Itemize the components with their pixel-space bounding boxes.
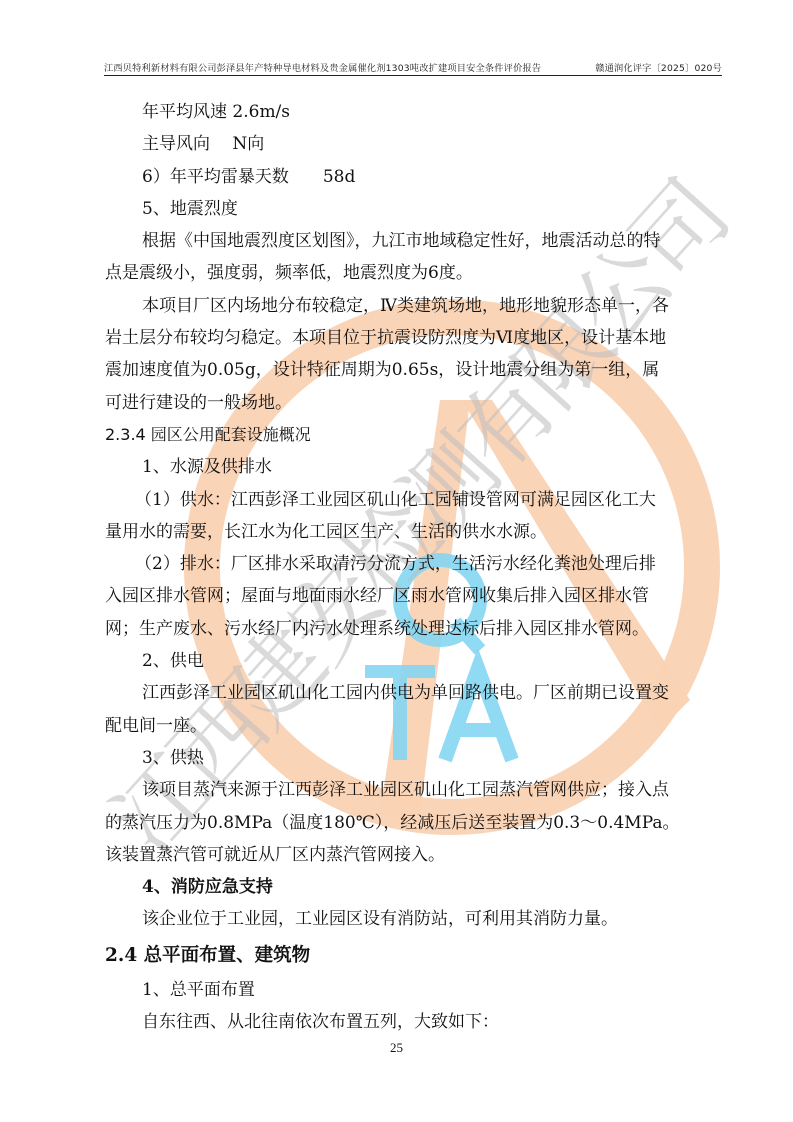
document-page: 江西贝特利新材料有限公司彭泽县年产特种导电材料及贵金属催化剂1303吨改扩建项目…: [0, 0, 793, 1122]
text-line: 1、水源及供排水: [105, 451, 725, 483]
text-line: 本项目厂区内场地分布较稳定，Ⅳ类建筑场地，地形地貌形态单一，各: [105, 290, 725, 322]
text-line: 5、地震烈度: [105, 193, 725, 225]
text-line: 根据《中国地震烈度区划图》，九江市地域稳定性好，地震活动总的特: [105, 225, 725, 257]
text-line: 3、供热: [105, 742, 725, 774]
header-doc-number: 赣通润化评字〔2025〕020号: [595, 60, 722, 74]
text-line: 可进行建设的一般场地。: [105, 387, 725, 419]
page-header: 江西贝特利新材料有限公司彭泽县年产特种导电材料及贵金属催化剂1303吨改扩建项目…: [104, 58, 722, 74]
subheading-fire-support: 4、消防应急支持: [105, 871, 725, 903]
text-line: 该企业位于工业园，工业园区设有消防站，可利用其消防力量。: [105, 903, 725, 935]
text-line: （1）供水：江西彭泽工业园区矶山化工园铺设管网可满足园区化工大: [105, 484, 725, 516]
text-line: 年平均风速 2.6m/s: [105, 96, 725, 128]
section-heading-2-4: 2.4 总平面布置、建筑物: [105, 936, 725, 974]
page-number: 25: [0, 1040, 793, 1056]
text-line: 6）年平均雷暴天数 58d: [105, 161, 725, 193]
text-line: 自东往西、从北往南依次布置五列，大致如下：: [105, 1006, 725, 1038]
text-line: 2、供电: [105, 645, 725, 677]
text-line: 1、总平面布置: [105, 974, 725, 1006]
text-line: 震加速度值为0.05g，设计特征周期为0.65s，设计地震分组为第一组，属: [105, 354, 725, 386]
text-line: （2）排水：厂区排水采取清污分流方式，生活污水经化粪池处理后排: [105, 548, 725, 580]
text-line: 岩土层分布较均匀稳定。本项目位于抗震设防烈度为Ⅵ度地区，设计基本地: [105, 322, 725, 354]
section-heading-2-3-4: 2.3.4 园区公用配套设施概况: [105, 419, 725, 451]
text-line: 主导风向 N向: [105, 128, 725, 160]
text-line: 入园区排水管网；屋面与地面雨水经厂区雨水管网收集后排入园区排水管: [105, 580, 725, 612]
text-line: 的蒸汽压力为0.8MPa（温度180℃），经减压后送至装置为0.3～0.4MPa…: [105, 807, 725, 839]
header-rule: [104, 75, 722, 76]
text-line: 量用水的需要，长江水为化工园区生产、生活的供水水源。: [105, 516, 725, 548]
header-title: 江西贝特利新材料有限公司彭泽县年产特种导电材料及贵金属催化剂1303吨改扩建项目…: [104, 60, 541, 74]
text-line: 该装置蒸汽管可就近从厂区内蒸汽管网接入。: [105, 839, 725, 871]
text-line: 网；生产废水、污水经厂内污水处理系统处理达标后排入园区排水管网。: [105, 613, 725, 645]
body-text: 年平均风速 2.6m/s 主导风向 N向 6）年平均雷暴天数 58d 5、地震烈…: [105, 96, 725, 1038]
text-line: 江西彭泽工业园区矶山化工园内供电为单回路供电。厂区前期已设置变: [105, 677, 725, 709]
text-line: 配电间一座。: [105, 710, 725, 742]
text-line: 该项目蒸汽来源于江西彭泽工业园区矶山化工园蒸汽管网供应；接入点: [105, 774, 725, 806]
text-line: 点是震级小，强度弱，频率低，地震烈度为6度。: [105, 257, 725, 289]
